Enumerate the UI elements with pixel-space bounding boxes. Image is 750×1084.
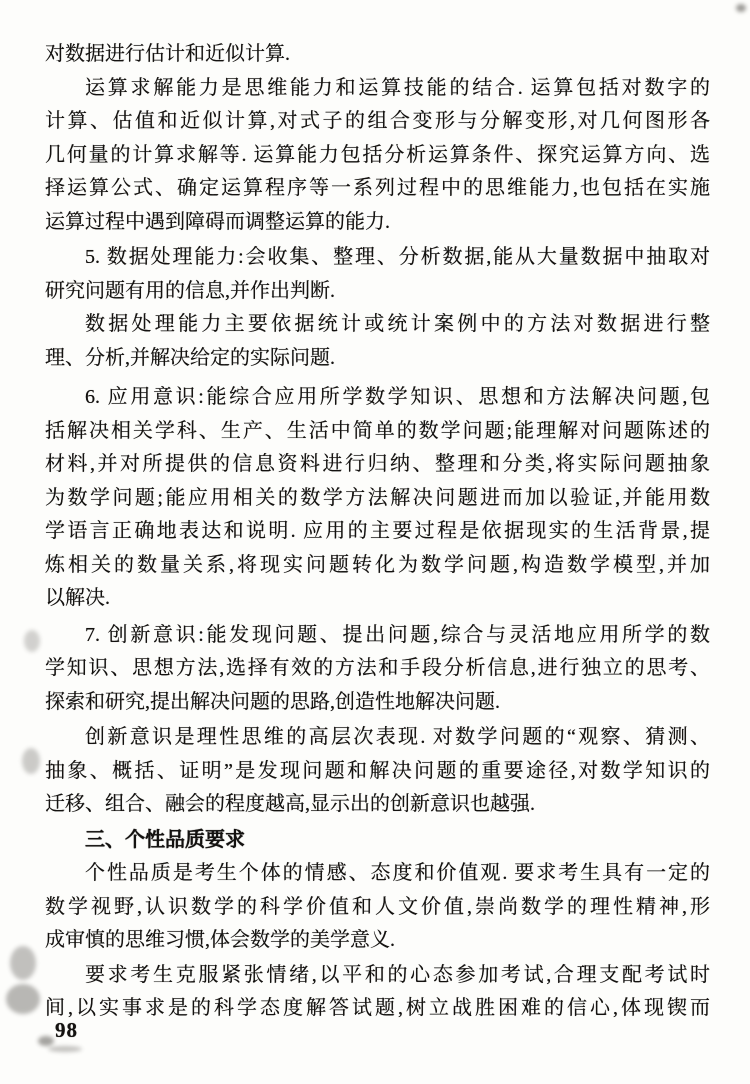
scan-smudge [10, 946, 36, 980]
text-line: 学知识、思想方法,选择有效的方法和手段分析信息,进行独立的思考、 [45, 652, 710, 686]
text-line: 要求考生克服紧张情绪,以平和的心态参加考试,合理支配考试时 [45, 959, 710, 993]
text-line: 个性品质是考生个体的情感、态度和价值观. 要求考生具有一定的 [45, 857, 710, 891]
scan-smudge [38, 1036, 54, 1046]
text-line: 迁移、组合、融会的程度越高,显示出的创新意识也越强. [45, 788, 710, 822]
text-line: 以解决. [45, 582, 710, 616]
text-line: 理、分析,并解决给定的实际问题. [45, 342, 710, 376]
scanned-page: 对数据进行估计和近似计算. 运算求解能力是思维能力和运算技能的结合. 运算包括对… [45, 38, 710, 1026]
text-line: 数学视野,认识数学的科学价值和人文价值,崇尚数学的理性精神,形 [45, 891, 710, 925]
text-line: 5. 数据处理能力:会收集、整理、分析数据,能从大量数据中抽取对 [45, 241, 710, 275]
text-line: 择运算公式、确定运算程序等一系列过程中的思维能力,也包括在实施 [45, 172, 710, 206]
text-line: 学语言正确地表达和说明. 应用的主要过程是依据现实的生活背景,提 [45, 515, 710, 549]
scan-smudge [24, 630, 40, 652]
text-line: 括解决相关学科、生产、生活中简单的数学问题;能理解对问题陈述的 [45, 415, 710, 449]
section-heading: 三、个性品质要求 [45, 824, 710, 858]
text-line: 探索和研究,提出解决问题的思路,创造性地解决问题. [45, 686, 710, 720]
scan-smudge [48, 1046, 82, 1052]
scan-smudge [22, 748, 40, 774]
page-number: 98 [55, 1018, 78, 1043]
scan-smudge [736, 4, 746, 12]
text-line: 运算求解能力是思维能力和运算技能的结合. 运算包括对数字的 [45, 72, 710, 106]
text-line: 抽象、概括、证明”是发现问题和解决问题的重要途径,对数学知识的 [45, 755, 710, 789]
text-line: 几何量的计算求解等. 运算能力包括分析运算条件、探究运算方向、选 [45, 139, 710, 173]
text-line: 炼相关的数量关系,将现实问题转化为数学问题,构造数学模型,并加 [45, 549, 710, 583]
text-line: 运算过程中遇到障碍而调整运算的能力. [45, 206, 710, 240]
text-line: 成审慎的思维习惯,体会数学的美学意义. [45, 924, 710, 958]
text-line: 数据处理能力主要依据统计或统计案例中的方法对数据进行整 [45, 308, 710, 342]
text-line: 为数学问题;能应用相关的数学方法解决问题进而加以验证,并能用数 [45, 482, 710, 516]
text-line: 计算、估值和近似计算,对式子的组合变形与分解变形,对几何图形各 [45, 105, 710, 139]
text-line: 创新意识是理性思维的高层次表现. 对数学问题的“观察、猜测、 [45, 721, 710, 755]
text-line: 研究问题有用的信息,并作出判断. [45, 275, 710, 309]
text-line: 材料,并对所提供的信息资料进行归纳、整理和分类,将实际问题抽象 [45, 448, 710, 482]
text-line: 对数据进行估计和近似计算. [45, 38, 710, 72]
text-line: 7. 创新意识:能发现问题、提出问题,综合与灵活地应用所学的数 [45, 619, 710, 653]
scan-smudge [6, 984, 40, 1014]
text-line: 间,以实事求是的科学态度解答试题,树立战胜困难的信心,体现锲而 [45, 992, 710, 1026]
text-line: 6. 应用意识:能综合应用所学数学知识、思想和方法解决问题,包 [45, 381, 710, 415]
